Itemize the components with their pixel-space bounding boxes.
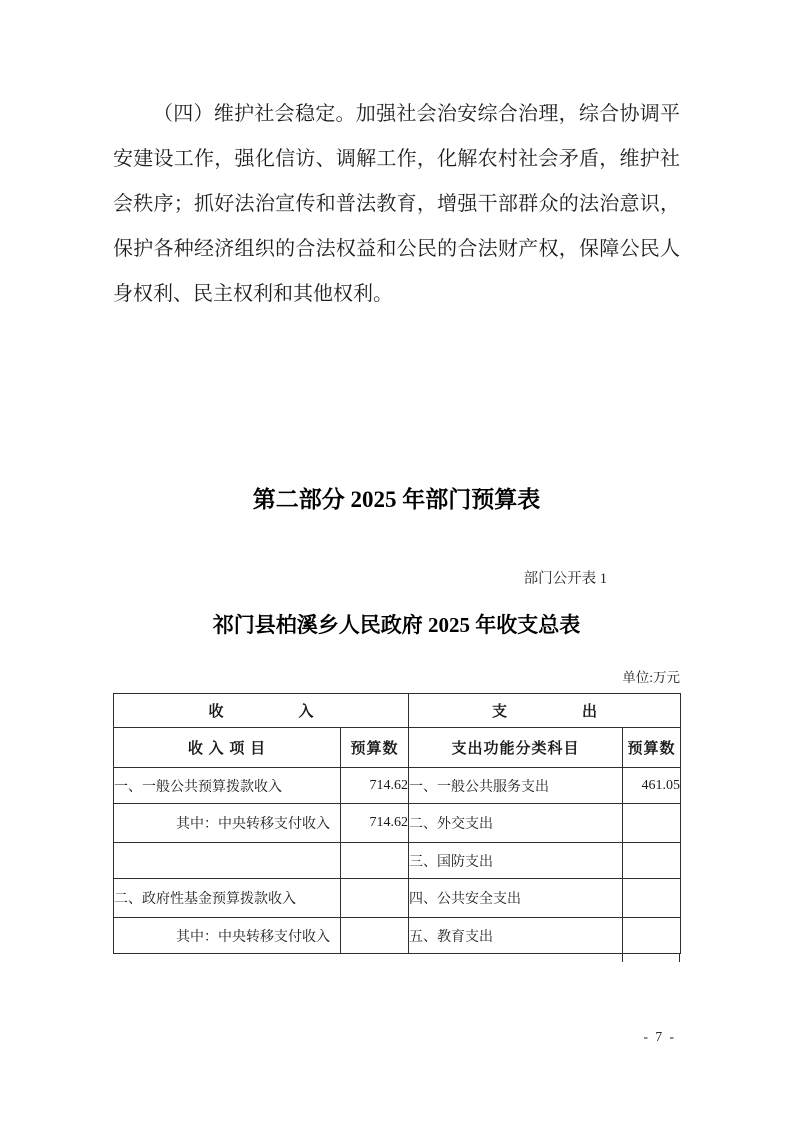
table-title: 祁门县柏溪乡人民政府 2025 年收支总表 [0,611,793,639]
income-item-cell: 其中：中央转移支付收入 [114,804,341,843]
income-item-cell: 其中：中央转移支付收入 [114,918,341,954]
expense-item-cell: 五、教育支出 [409,918,623,954]
budget-table-wrap: 收 入 支 出 收 入 项 目 预算数 支出功能分类科目 预算数 一、一般公共预… [113,693,680,954]
table-label: 部门公开表 1 [0,570,607,589]
income-item-cell [114,843,341,879]
income-section-header: 收 入 [114,694,409,728]
col-header-income-budget: 预算数 [341,728,409,768]
income-budget-cell: 714.62 [341,768,409,804]
income-budget-cell [341,918,409,954]
income-budget-cell: 714.62 [341,804,409,843]
expense-item-cell: 二、外交支出 [409,804,623,843]
col-header-income-item: 收 入 项 目 [114,728,341,768]
table-row: 三、国防支出 [114,843,681,879]
table-row: 一、一般公共预算拨款收入 714.62 一、一般公共服务支出 461.05 [114,768,681,804]
table-row: 其中：中央转移支付收入 714.62 二、外交支出 [114,804,681,843]
section-heading: 第二部分 2025 年部门预算表 [0,485,793,515]
income-item-cell: 二、政府性基金预算拨款收入 [114,879,341,918]
body-paragraph: （四）维护社会稳定。加强社会治安综合治理，综合协调平安建设工作，强化信访、调解工… [113,92,680,317]
table-section-header-row: 收 入 支 出 [114,694,681,728]
col-header-expense-budget: 预算数 [623,728,681,768]
table-column-header-row: 收 入 项 目 预算数 支出功能分类科目 预算数 [114,728,681,768]
expense-budget-cell [623,918,681,954]
expense-budget-cell: 461.05 [623,768,681,804]
table-row: 其中：中央转移支付收入 五、教育支出 [114,918,681,954]
income-budget-cell [341,843,409,879]
income-item-cell: 一、一般公共预算拨款收入 [114,768,341,804]
expense-item-cell: 一、一般公共服务支出 [409,768,623,804]
expense-budget-cell [623,843,681,879]
expense-item-cell: 三、国防支出 [409,843,623,879]
expense-budget-cell [623,879,681,918]
col-header-expense-item: 支出功能分类科目 [409,728,623,768]
budget-table: 收 入 支 出 收 入 项 目 预算数 支出功能分类科目 预算数 一、一般公共预… [113,693,681,954]
document-page: （四）维护社会稳定。加强社会治安综合治理，综合协调平安建设工作，强化信访、调解工… [0,0,793,1122]
income-budget-cell [341,879,409,918]
table-continuation-borders [622,954,680,962]
unit-note: 单位:万元 [0,669,680,687]
expense-item-cell: 四、公共安全支出 [409,879,623,918]
table-row: 二、政府性基金预算拨款收入 四、公共安全支出 [114,879,681,918]
expense-budget-cell [623,804,681,843]
expense-section-header: 支 出 [409,694,681,728]
page-number: - 7 - [644,1028,677,1046]
